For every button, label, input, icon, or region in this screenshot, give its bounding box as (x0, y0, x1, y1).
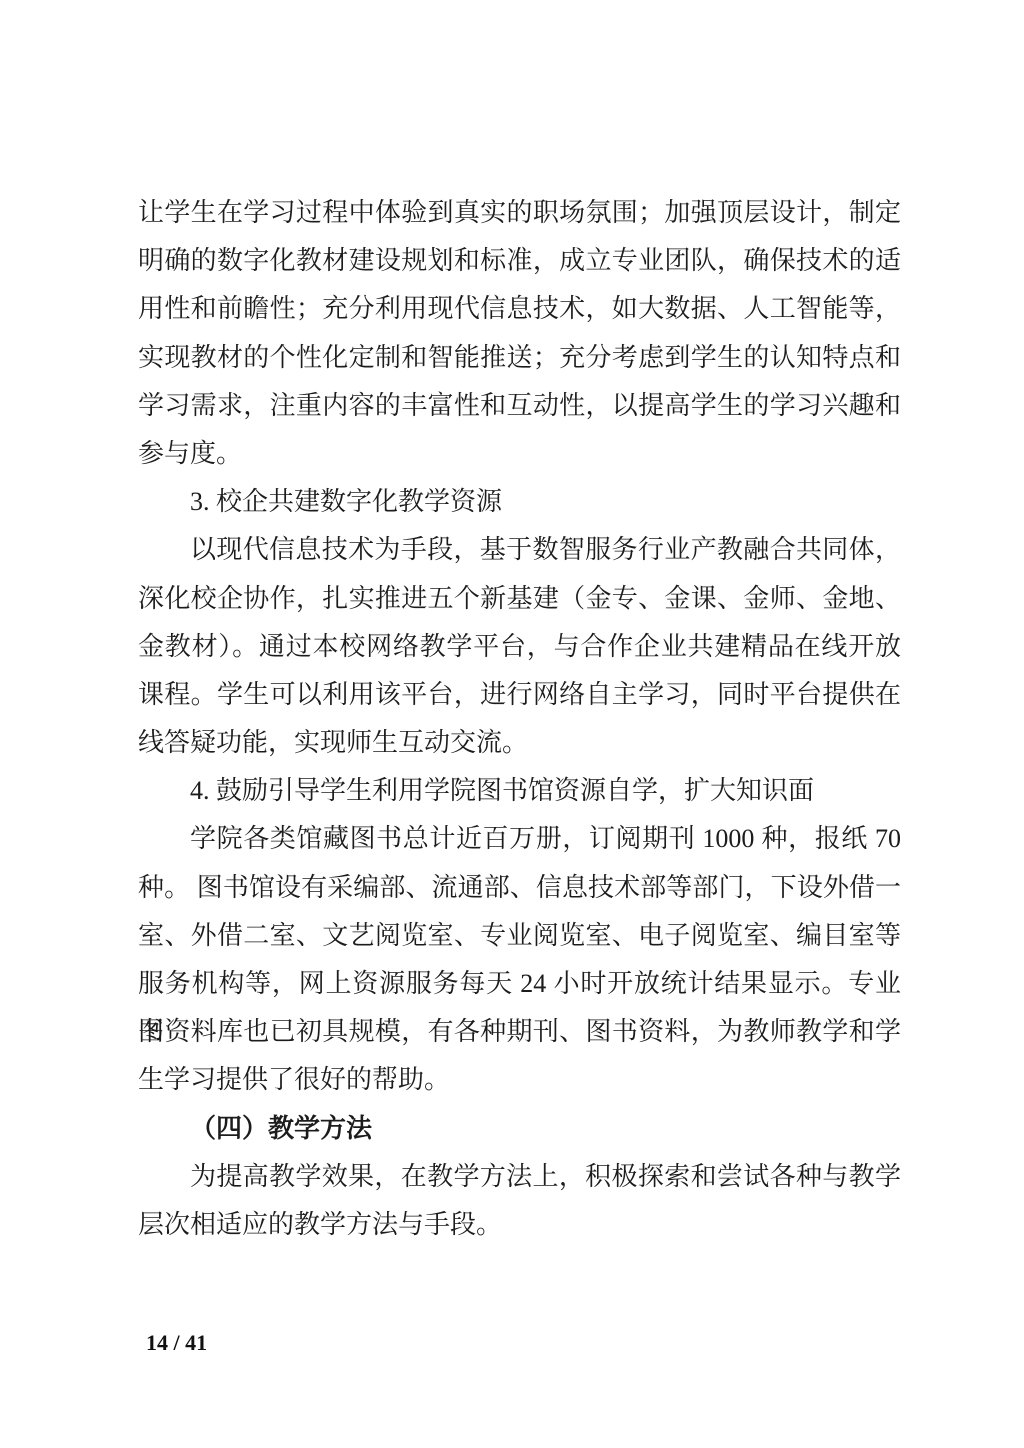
text-line: 4. 鼓励引导学生利用学院图书馆资源自学，扩大知识面 (138, 767, 901, 815)
document-body: 让学生在学习过程中体验到真实的职场氛围；加强顶层设计，制定明确的数字化教材建设规… (138, 189, 901, 1249)
page: 让学生在学习过程中体验到真实的职场氛围；加强顶层设计，制定明确的数字化教材建设规… (0, 0, 1024, 1448)
text-line: 金教材）。通过本校网络教学平台，与合作企业共建精品在线开放 (138, 623, 901, 671)
text-line: 用性和前瞻性；充分利用现代信息技术，如大数据、人工智能等， (138, 285, 901, 333)
text-line: 服务机构等，网上资源服务每天 24 小时开放统计结果显示。专业图 (138, 960, 901, 1008)
text-line: 深化校企协作，扎实推进五个新基建（金专、金课、金师、金地、 (138, 575, 901, 623)
text-line: 室、外借二室、文艺阅览室、专业阅览室、电子阅览室、编目室等 (138, 912, 901, 960)
text-line: 线答疑功能，实现师生互动交流。 (138, 719, 901, 767)
text-line: （四）教学方法 (138, 1105, 901, 1153)
text-line: 课程。学生可以利用该平台，进行网络自主学习，同时平台提供在 (138, 671, 901, 719)
page-number: 14 / 41 (146, 1330, 207, 1356)
text-line: 明确的数字化教材建设规划和标准，成立专业团队，确保技术的适 (138, 237, 901, 285)
text-line: 参与度。 (138, 430, 901, 478)
text-line: 以现代信息技术为手段，基于数智服务行业产教融合共同体， (138, 526, 901, 574)
text-line: 让学生在学习过程中体验到真实的职场氛围；加强顶层设计，制定 (138, 189, 901, 237)
text-line: 3. 校企共建数字化教学资源 (138, 478, 901, 526)
text-line: 种。 图书馆设有采编部、流通部、信息技术部等部门，下设外借一 (138, 864, 901, 912)
text-line: 学院各类馆藏图书总计近百万册，订阅期刊 1000 种，报纸 70 (138, 815, 901, 863)
text-line: 生学习提供了很好的帮助。 (138, 1056, 901, 1104)
text-line: 为提高教学效果，在教学方法上，积极探索和尝试各种与教学 (138, 1153, 901, 1201)
text-line: 层次相适应的教学方法与手段。 (138, 1201, 901, 1249)
text-line: 实现教材的个性化定制和智能推送；充分考虑到学生的认知特点和 (138, 334, 901, 382)
text-line: 书资料库也已初具规模，有各种期刊、图书资料，为教师教学和学 (138, 1008, 901, 1056)
text-line: 学习需求，注重内容的丰富性和互动性，以提高学生的学习兴趣和 (138, 382, 901, 430)
